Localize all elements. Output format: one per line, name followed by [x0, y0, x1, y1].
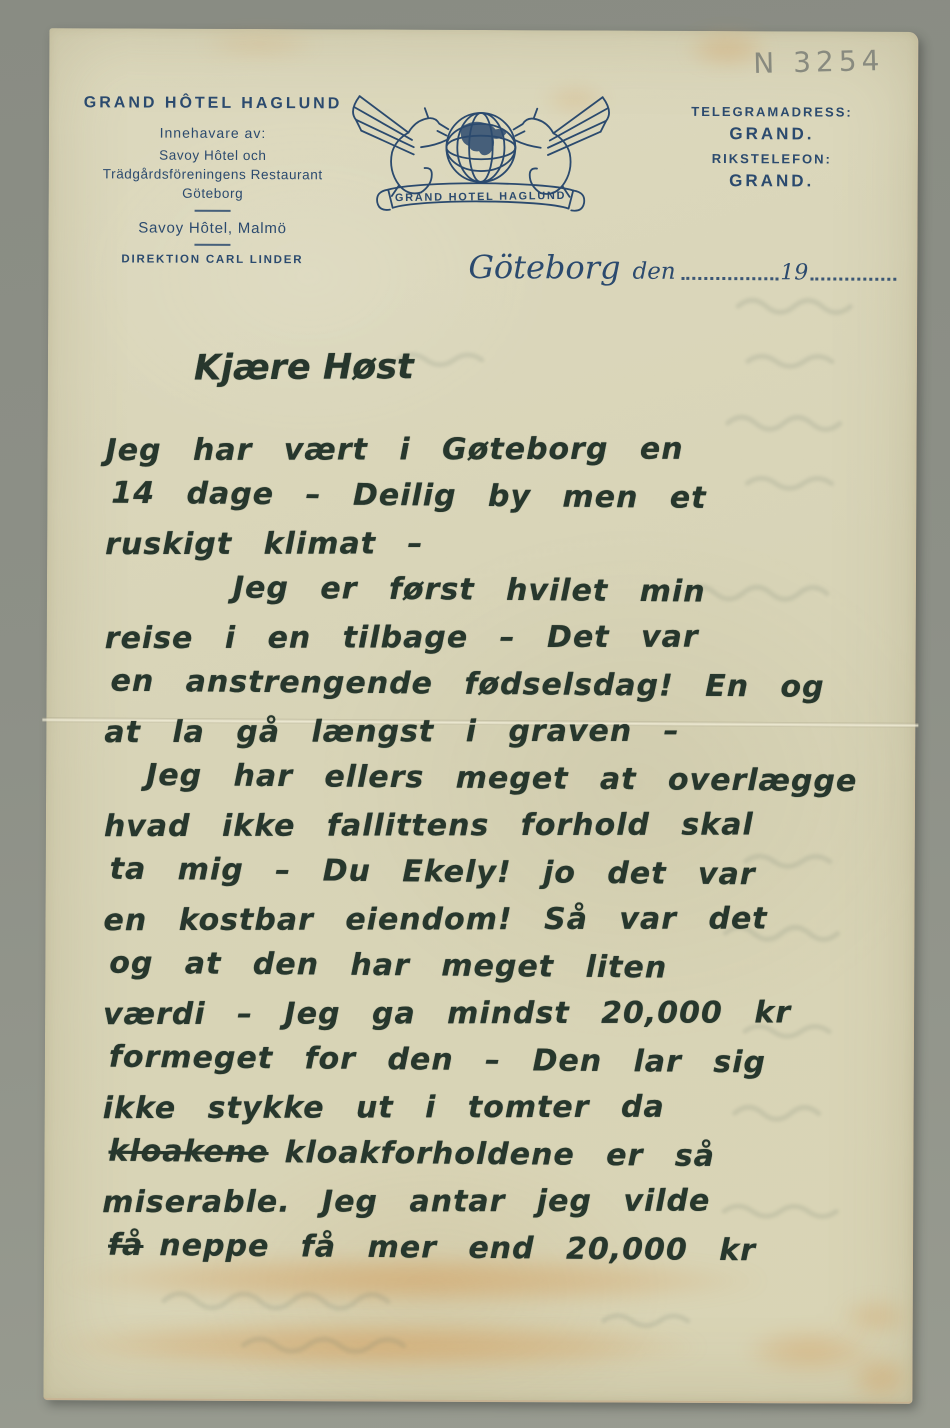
dateline-particle: den [632, 259, 675, 285]
handwritten-body: Kjære Høst Jeg har vært i Gøteborg en14 … [102, 344, 906, 1273]
handwriting-lines: Jeg har vært i Gøteborg en14 dage – Deil… [102, 424, 906, 1273]
dotted-line [810, 277, 896, 280]
handwriting-text: reise i en tilbage – Det var [105, 620, 699, 657]
handwriting-text: hvad ikke fallittens forhold skal [104, 807, 754, 844]
letterhead-direction: DIREKTION CARL LINDER [66, 253, 358, 266]
handwriting-text: neppe få mer end 20,000 kr [159, 1228, 756, 1268]
telegram-label: TELEGRAMADRESS: [653, 101, 891, 123]
telephone-value: GRAND. [653, 169, 891, 193]
handwriting-text: ruskigt klimat – [105, 526, 423, 562]
struck-word: kloakene [108, 1134, 268, 1170]
stain [199, 31, 319, 58]
handwriting-line: hvad ikke fallittens forhold skal [104, 801, 904, 850]
letterhead-owner-line: Trädgårdsföreningens Restaurant [67, 164, 359, 184]
handwriting-line: en kostbar eiendom! Så var det [103, 895, 903, 944]
struck-word: få [108, 1228, 144, 1263]
handwriting-line: ta mig – Du Ekely! jo det var [110, 846, 910, 900]
handwriting-line: kloakenekloakforholdene er så [108, 1128, 908, 1182]
handwriting-text: og at den har meget liten [109, 946, 667, 986]
griffin-left-icon [353, 96, 449, 196]
divider [195, 210, 231, 212]
handwriting-line: ikke stykke ut i tomter da [103, 1083, 903, 1132]
archival-number: N 3254 [753, 44, 885, 80]
handwriting-text: Jeg har ellers meget at overlægge [146, 758, 857, 799]
stain [49, 1320, 704, 1371]
dateline: Göteborg den 19 [468, 248, 896, 288]
handwriting-text: ikke stykke ut i tomter da [103, 1090, 665, 1126]
dateline-city: Göteborg [468, 248, 620, 287]
handwriting-line: at la gå længst i graven – [104, 707, 904, 756]
griffin-right-icon [513, 97, 609, 197]
handwriting-line: værdi – Jeg ga mindst 20,000 kr [103, 989, 903, 1038]
handwriting-text: formeget for den – Den lar sig [109, 1040, 766, 1081]
handwriting-line: ruskigt klimat – [105, 519, 905, 568]
handwriting-line: Jeg har vært i Gøteborg en [106, 425, 906, 474]
letterhead-left-block: GRAND HÔTEL HAGLUND Innehavare av: Savoy… [66, 94, 359, 266]
handwriting-line: en anstrengende fødselsdag! En og [110, 658, 910, 712]
salutation: Kjære Høst [194, 344, 906, 388]
handwriting-text: at la gå længst i graven – [104, 714, 679, 751]
handwriting-text: værdi – Jeg ga mindst 20,000 kr [103, 995, 791, 1032]
telegram-value: GRAND. [653, 122, 891, 146]
telephone-label: RIKSTELEFON: [653, 148, 891, 170]
letterhead-subtitle: Innehavare av: [67, 124, 359, 141]
handwriting-text: 14 dage – Deilig by men et [111, 476, 707, 516]
letterhead-owner-line: Savoy Hôtel och [67, 145, 359, 165]
letterhead-owner-line: Göteborg [67, 183, 359, 203]
crest-banner-text: GRAND HOTEL HAGLUND [395, 190, 567, 204]
globe-icon [446, 113, 515, 182]
handwriting-text: miserable. Jeg antar jeg vilde [102, 1184, 710, 1221]
handwriting-text: Jeg har vært i Gøteborg en [106, 432, 684, 469]
handwriting-line: fåneppe få mer end 20,000 kr [108, 1222, 908, 1276]
handwriting-text: en kostbar eiendom! Så var det [103, 901, 767, 938]
handwriting-line: formeget for den – Den lar sig [109, 1034, 909, 1088]
crest-banner: GRAND HOTEL HAGLUND [377, 183, 584, 211]
letter-sheet: N 3254 GRAND HÔTEL HAGLUND Innehavare av… [43, 28, 918, 1404]
handwriting-text: en anstrengende fødselsdag! En og [110, 664, 824, 705]
handwriting-text: ta mig – Du Ekely! jo det var [110, 852, 756, 893]
letterhead-right-block: TELEGRAMADRESS: GRAND. RIKSTELEFON: GRAN… [653, 101, 891, 196]
stain [744, 1329, 876, 1374]
dotted-line [682, 277, 779, 280]
handwriting-text: Jeg er først hvilet min [233, 570, 706, 609]
handwriting-line: Jeg har ellers meget at overlægge [146, 752, 910, 806]
dateline-year-prefix: 19 [780, 260, 808, 285]
hotel-crest-emblem: GRAND HOTEL HAGLUND [345, 83, 618, 220]
divider [194, 244, 230, 246]
letterhead-branch: Savoy Hôtel, Malmö [66, 219, 358, 237]
stain [840, 1300, 912, 1334]
stain [849, 1356, 911, 1400]
hotel-name: GRAND HÔTEL HAGLUND [67, 94, 359, 113]
handwriting-line: miserable. Jeg antar jeg vilde [102, 1177, 902, 1226]
handwriting-line: Jeg er først hvilet min [233, 564, 911, 617]
scan-background: N 3254 GRAND HÔTEL HAGLUND Innehavare av… [0, 0, 950, 1428]
handwriting-text: kloakforholdene er så [284, 1135, 715, 1174]
handwriting-line: 14 dage – Deilig by men et [111, 470, 911, 524]
handwriting-line: og at den har meget liten [109, 940, 909, 994]
handwriting-line: reise i en tilbage – Det var [105, 613, 905, 662]
